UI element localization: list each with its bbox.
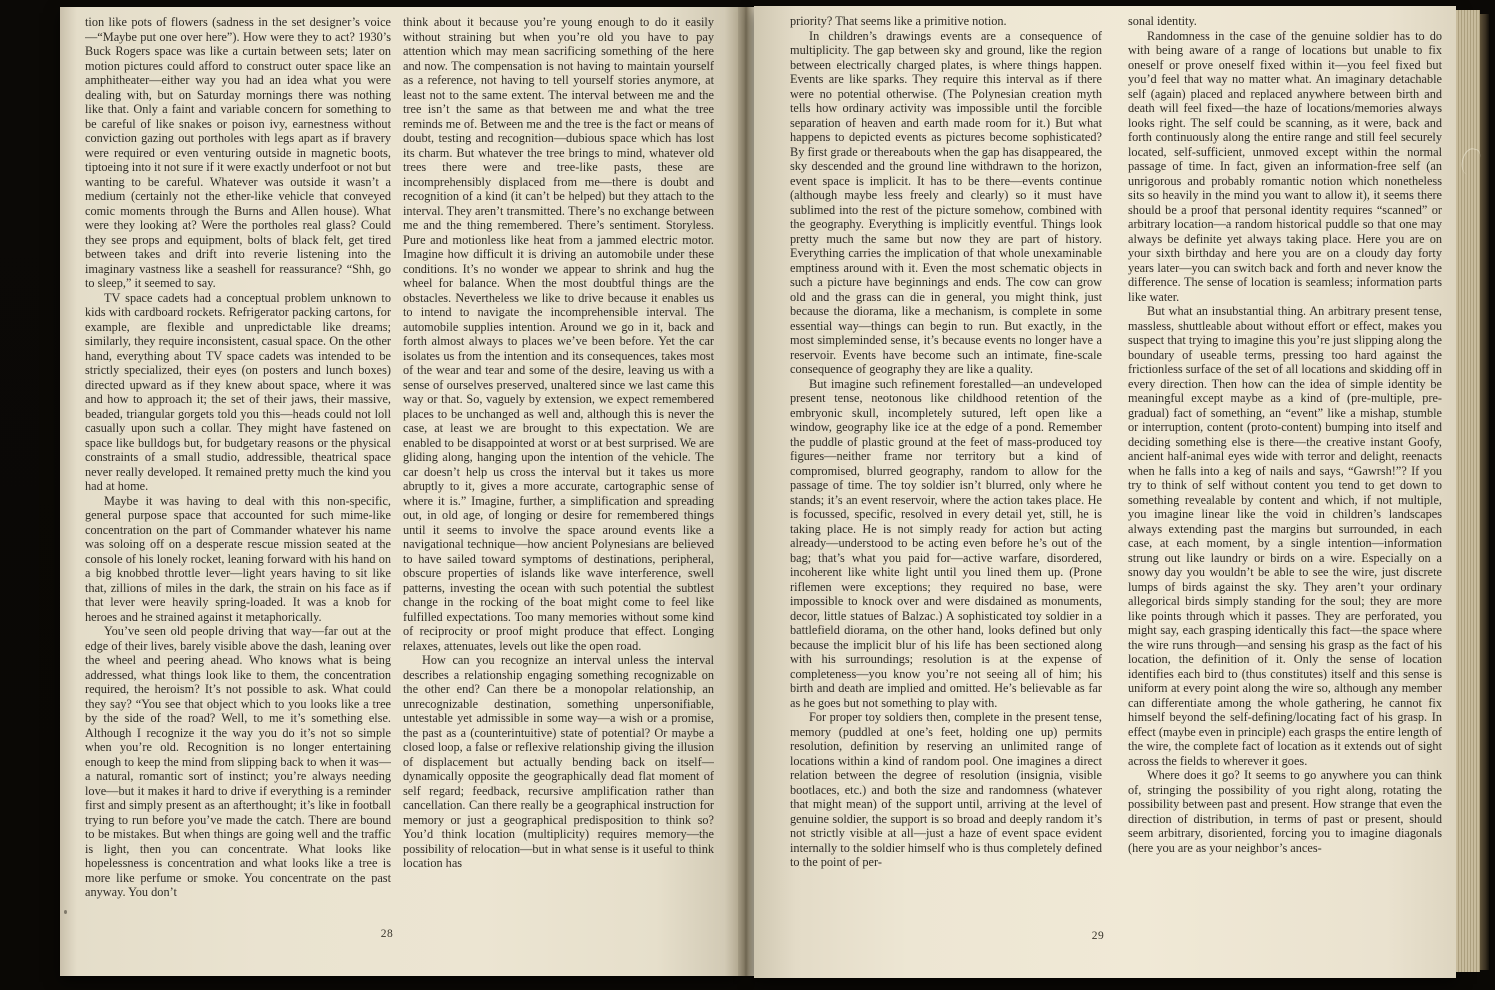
paragraph: Randomness in the case of the genuine so… <box>1128 29 1442 305</box>
right-page-column-1: priority? That seems like a primitive no… <box>790 14 1102 930</box>
paragraph: priority? That seems like a primitive no… <box>790 14 1102 29</box>
right-page-column-2: sonal identity.Randomness in the case of… <box>1128 14 1442 930</box>
paragraph: In children’s drawings events are a cons… <box>790 29 1102 377</box>
paragraph: How can you recognize an interval unless… <box>403 653 714 871</box>
page-number-left: 28 <box>60 928 714 940</box>
book-gutter-shadow <box>738 7 754 976</box>
right-page: priority? That seems like a primitive no… <box>754 6 1456 978</box>
book-cover-edge <box>1480 14 1489 970</box>
page-number-right: 29 <box>754 930 1442 942</box>
paragraph: Where does it go? It seems to go anywher… <box>1128 768 1442 855</box>
paragraph: But what an insubstantial thing. An arbi… <box>1128 304 1442 768</box>
paragraph: Maybe it was having to deal with this no… <box>85 494 391 625</box>
paragraph: You’ve seen old people driving that way—… <box>85 624 391 900</box>
paragraph: think about it because you’re young enou… <box>403 15 714 653</box>
paragraph: sonal identity. <box>1128 14 1442 29</box>
paragraph: But imagine such refinement forestalled—… <box>790 377 1102 711</box>
paragraph: tion like pots of flowers (sadness in th… <box>85 15 391 291</box>
left-page-column-2: think about it because you’re young enou… <box>403 15 714 931</box>
photo-speck <box>64 910 67 914</box>
book-photo: tion like pots of flowers (sadness in th… <box>0 0 1495 990</box>
paragraph: For proper toy soldiers then, complete i… <box>790 710 1102 870</box>
left-page: tion like pots of flowers (sadness in th… <box>60 7 738 976</box>
left-page-column-1: tion like pots of flowers (sadness in th… <box>85 15 391 931</box>
paragraph: TV space cadets had a conceptual problem… <box>85 291 391 494</box>
